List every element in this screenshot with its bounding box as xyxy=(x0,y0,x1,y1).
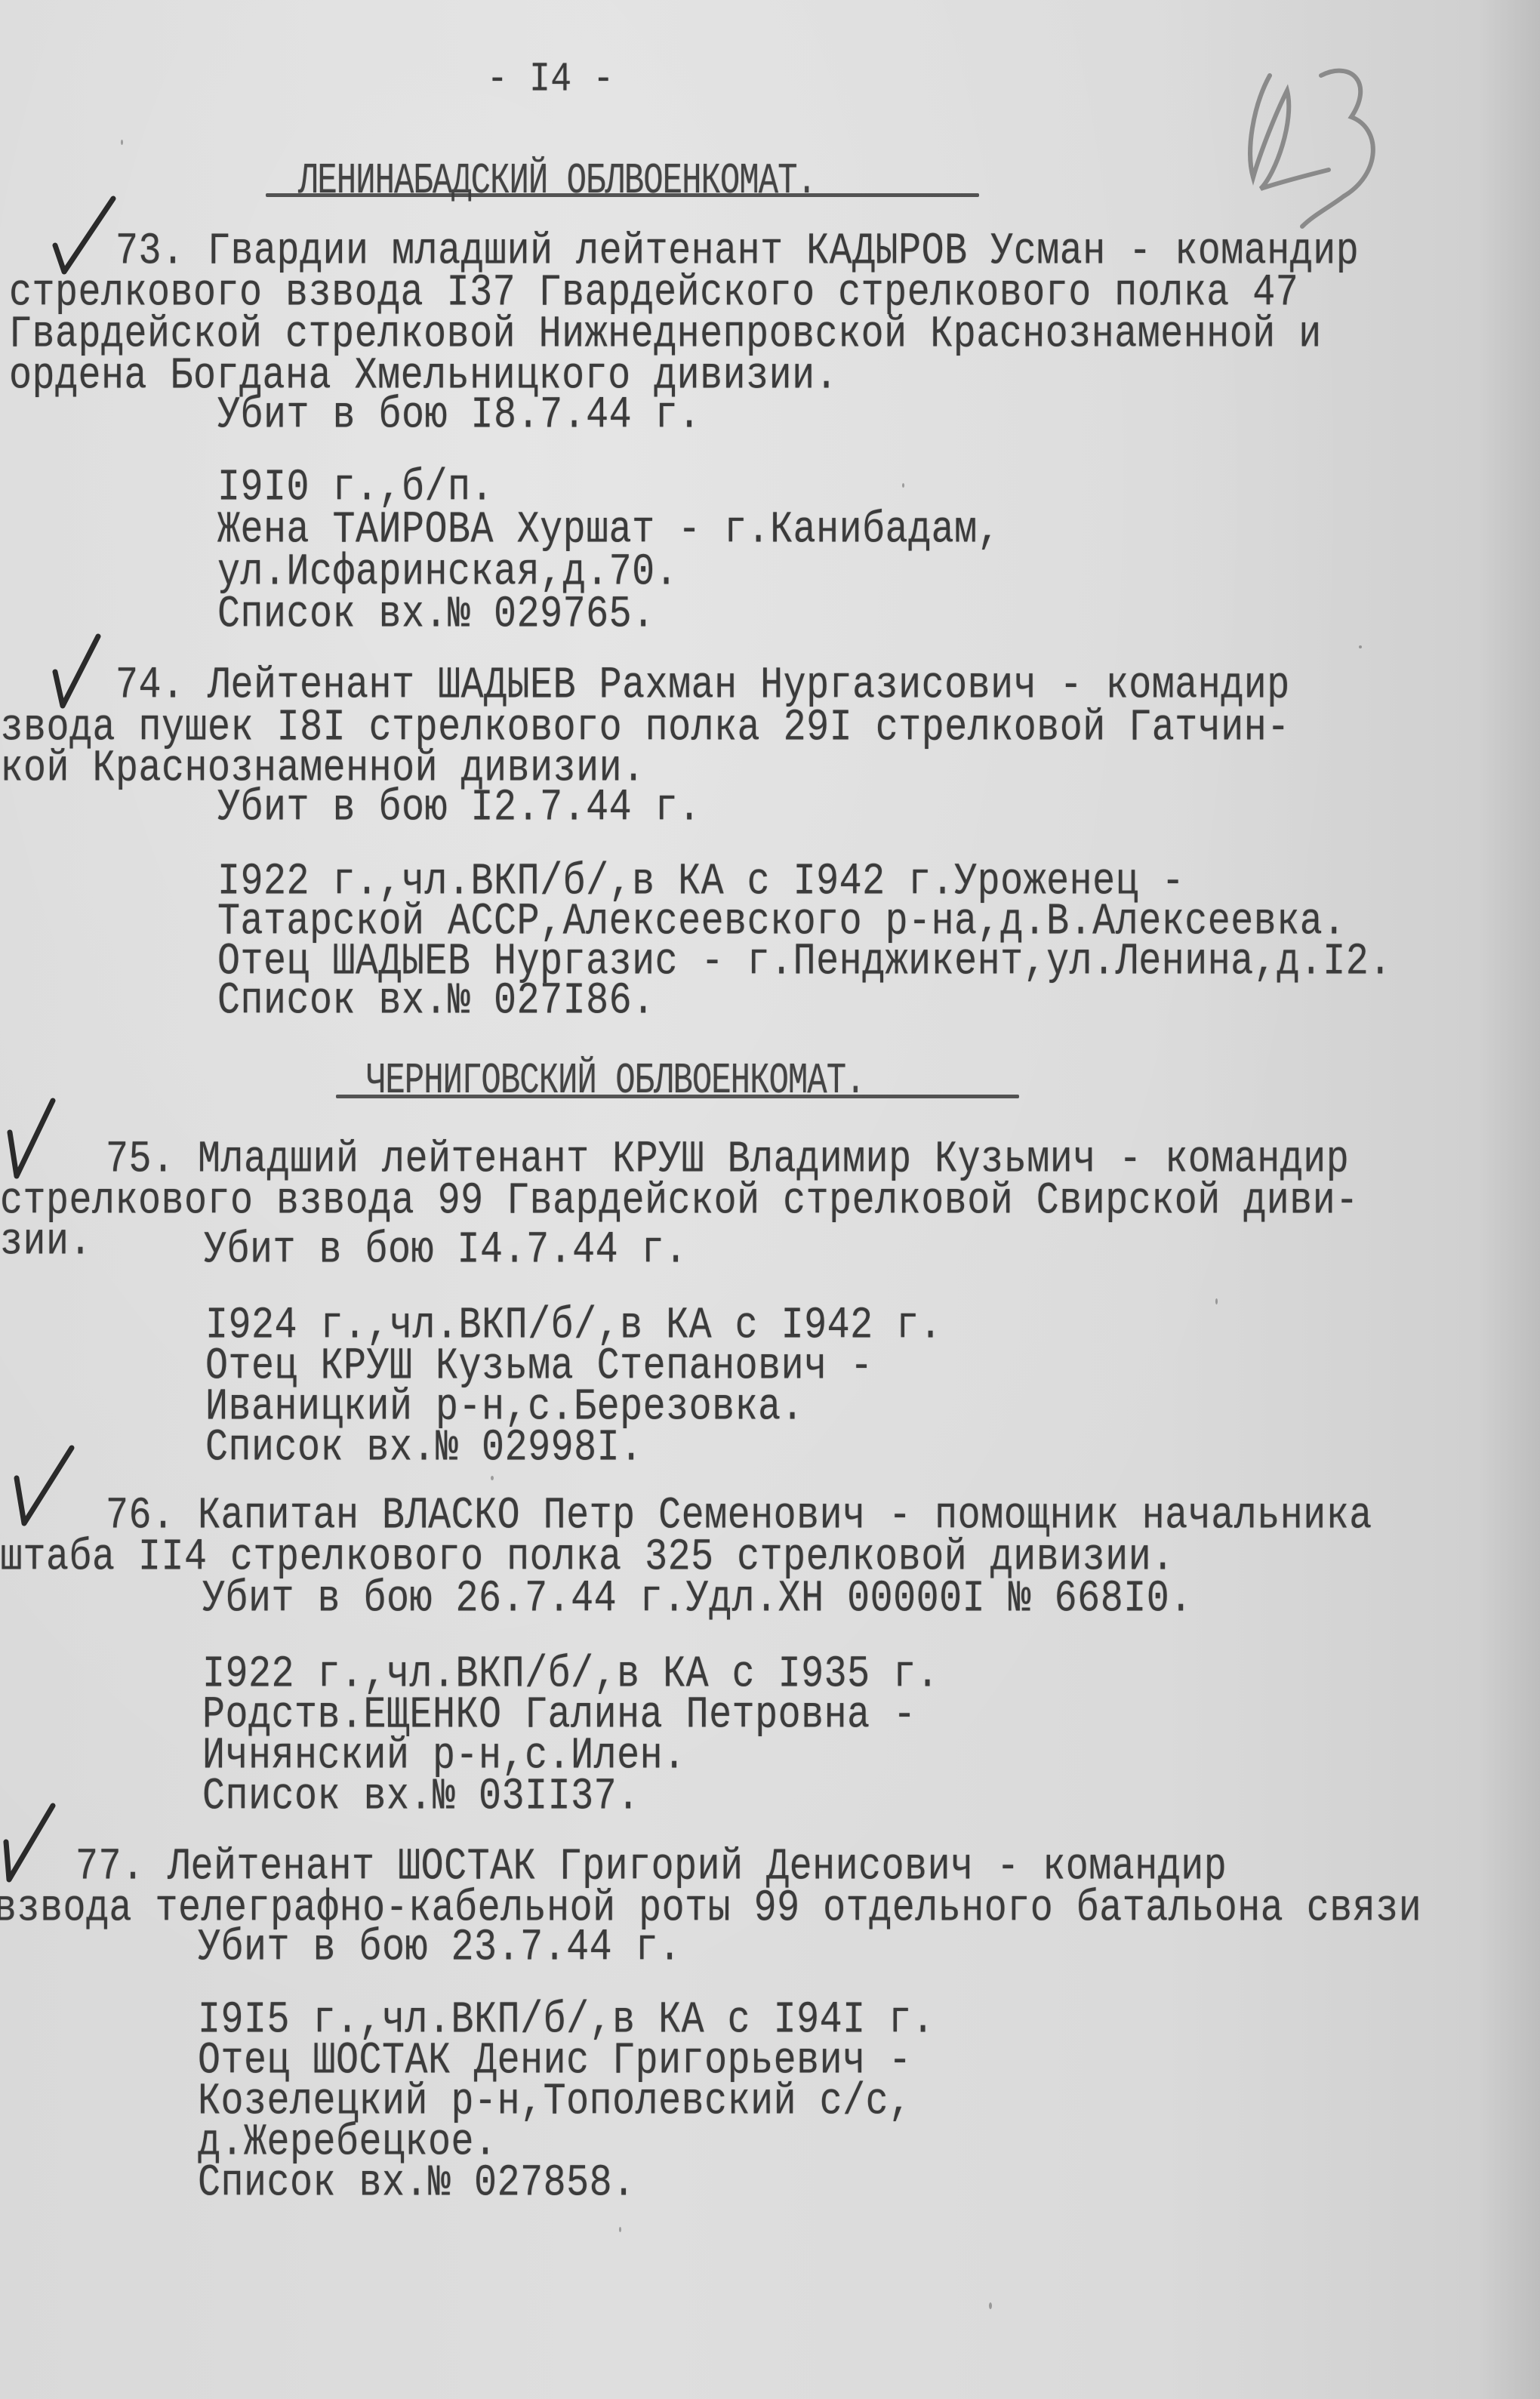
handwritten-folio-number xyxy=(1230,45,1404,226)
entry-74-killed: Убит в бою I2.7.44 г. xyxy=(217,787,701,831)
entry-73-detail-2: Жена ТАИРОВА Хуршат - г.Канибадам, xyxy=(217,509,1000,553)
entry-73-detail-1: I9I0 г.,б/п. xyxy=(217,467,494,511)
paper-speck xyxy=(1215,1298,1218,1304)
heading-underline xyxy=(266,193,979,197)
entry-75-line-3: зии. xyxy=(0,1221,92,1265)
checkmark-icon xyxy=(42,192,125,276)
paper-speck xyxy=(619,2227,621,2232)
entry-77-detail-5: Список вх.№ 027858. xyxy=(198,2162,636,2207)
section-heading-chernigov: ЧЕРНИГОВСКИЙ ОБЛВОЕНКОМАТ. xyxy=(366,1057,865,1106)
entry-77-killed: Убит в бою 23.7.44 г. xyxy=(198,1926,682,1971)
entry-74-line-1: 74. Лейтенант ШАДЫЕВ Рахман Нургазисович… xyxy=(115,664,1290,709)
paper-speck xyxy=(902,483,904,488)
entry-74-detail-4: Список вх.№ 027I86. xyxy=(217,980,655,1024)
checkmark-icon xyxy=(8,1448,91,1531)
checkmark-icon xyxy=(42,630,125,713)
page-number: - I4 - xyxy=(487,59,614,100)
paper-speck xyxy=(1359,645,1362,648)
heading-underline xyxy=(336,1095,1019,1098)
paper-speck xyxy=(989,2302,992,2309)
entry-73-killed: Убит в бою I8.7.44 г. xyxy=(217,394,701,439)
entry-76-detail-4: Список вх.№ 03II37. xyxy=(202,1775,640,1820)
entry-75-killed: Убит в бою I4.7.44 г. xyxy=(204,1229,688,1273)
checkmark-icon xyxy=(6,1095,89,1178)
section-heading-leninabad: ЛЕНИНАБАДСКИЙ ОБЛВОЕНКОМАТ. xyxy=(298,157,816,206)
entry-76-killed: Убит в бою 26.7.44 г.Удл.ХН 00000I № 668… xyxy=(202,1578,1193,1622)
entry-73-detail-3: ул.Исфаринская,д.70. xyxy=(217,551,678,596)
entry-73-detail-4: Список вх.№ 029765. xyxy=(217,593,655,638)
scanned-page: - I4 - ЛЕНИНАБАДСКИЙ ОБЛВОЕНКОМАТ. 73. Г… xyxy=(0,0,1540,2399)
paper-speck xyxy=(491,1476,494,1480)
checkmark-icon xyxy=(0,1797,83,1880)
entry-75-detail-4: Список вх.№ 02998I. xyxy=(205,1427,643,1471)
paper-speck xyxy=(121,140,123,145)
entry-75-line-2: стрелкового взвода 99 Гвардейской стрелк… xyxy=(0,1180,1359,1224)
